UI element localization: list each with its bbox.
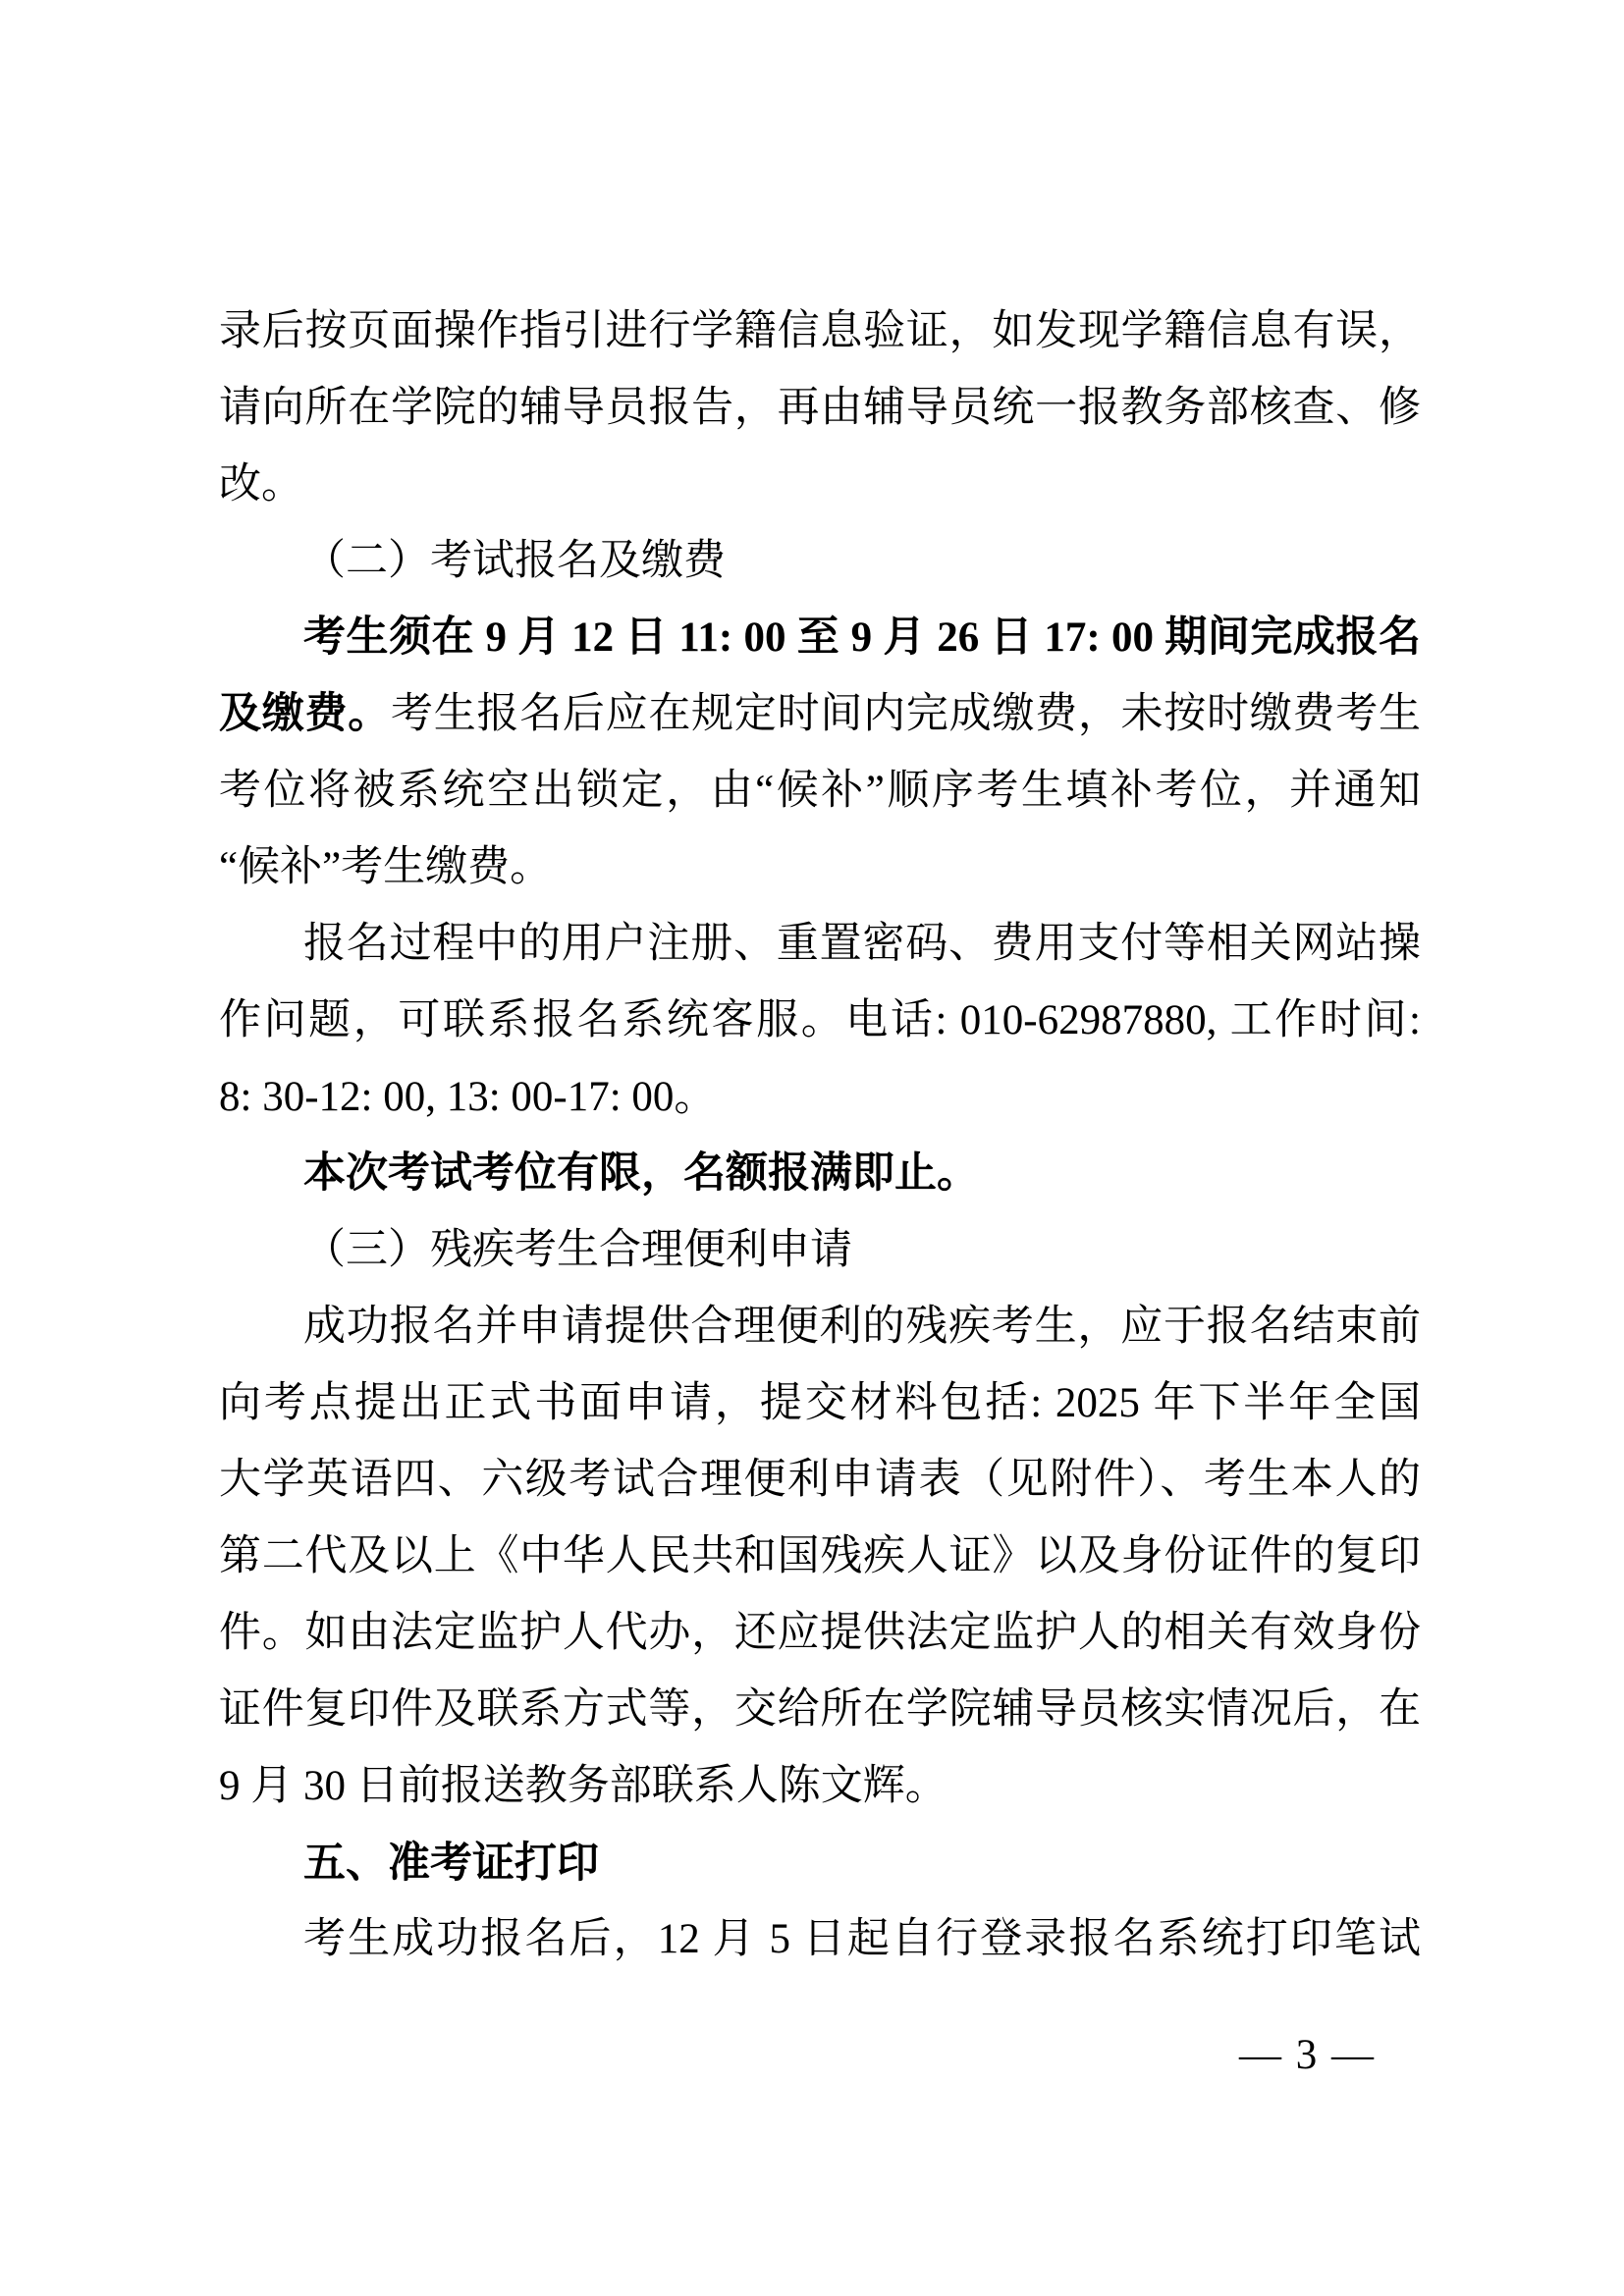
page-number: — 3 —: [1239, 2034, 1376, 2076]
paragraph-line: 请向所在学院的辅导员报告，再由辅导员统一报教务部核查、修: [219, 370, 1421, 447]
paragraph-line: 改。: [219, 447, 1421, 523]
emphasis-segment: 及缴费。: [219, 691, 391, 737]
emphasis-line: 本次考试考位有限，名额报满即止。: [219, 1136, 1421, 1212]
document-page: 录后按页面操作指引进行学籍信息验证，如发现学籍信息有误， 请向所在学院的辅导员报…: [0, 0, 1624, 2296]
document-body: 录后按页面操作指引进行学籍信息验证，如发现学籍信息有误， 请向所在学院的辅导员报…: [219, 294, 1421, 1978]
emphasis-line: 考生须在 9 月 12 日 11: 00 至 9 月 26 日 17: 00 期…: [219, 600, 1421, 676]
paragraph-line: “候补”考生缴费。: [219, 829, 1421, 906]
paragraph-line: 成功报名并申请提供合理便利的残疾考生，应于报名结束前: [219, 1289, 1421, 1365]
chapter-heading-5: 五、准考证打印: [219, 1825, 1421, 1901]
paragraph-segment: 考生报名后应在规定时间内完成缴费，未按时缴费考生: [391, 691, 1421, 737]
paragraph-line: 8: 30-12: 00, 13: 00-17: 00。: [219, 1059, 1421, 1136]
paragraph-line: 考位将被系统空出锁定，由“候补”顺序考生填补考位，并通知: [219, 753, 1421, 829]
paragraph-line: 件。如由法定监护人代办，还应提供法定监护人的相关有效身份: [219, 1595, 1421, 1672]
paragraph-line: 作问题，可联系报名系统客服。电话: 010-62987880, 工作时间:: [219, 983, 1421, 1059]
paragraph-line: 9 月 30 日前报送教务部联系人陈文辉。: [219, 1748, 1421, 1825]
section-heading-2: （二）考试报名及缴费: [219, 523, 1421, 600]
paragraph-line: 录后按页面操作指引进行学籍信息验证，如发现学籍信息有误，: [219, 294, 1421, 370]
section-heading-3: （三）残疾考生合理便利申请: [219, 1212, 1421, 1289]
paragraph-line: 大学英语四、六级考试合理便利申请表（见附件）、考生本人的: [219, 1442, 1421, 1519]
paragraph-line: 第二代及以上《中华人民共和国残疾人证》以及身份证件的复印: [219, 1519, 1421, 1595]
paragraph-line: 证件复印件及联系方式等，交给所在学院辅导员核实情况后，在: [219, 1672, 1421, 1748]
paragraph-line: 及缴费。考生报名后应在规定时间内完成缴费，未按时缴费考生: [219, 676, 1421, 753]
paragraph-line: 向考点提出正式书面申请，提交材料包括: 2025 年下半年全国: [219, 1365, 1421, 1442]
paragraph-line: 报名过程中的用户注册、重置密码、费用支付等相关网站操: [219, 906, 1421, 983]
paragraph-line: 考生成功报名后，12 月 5 日起自行登录报名系统打印笔试: [219, 1901, 1421, 1978]
